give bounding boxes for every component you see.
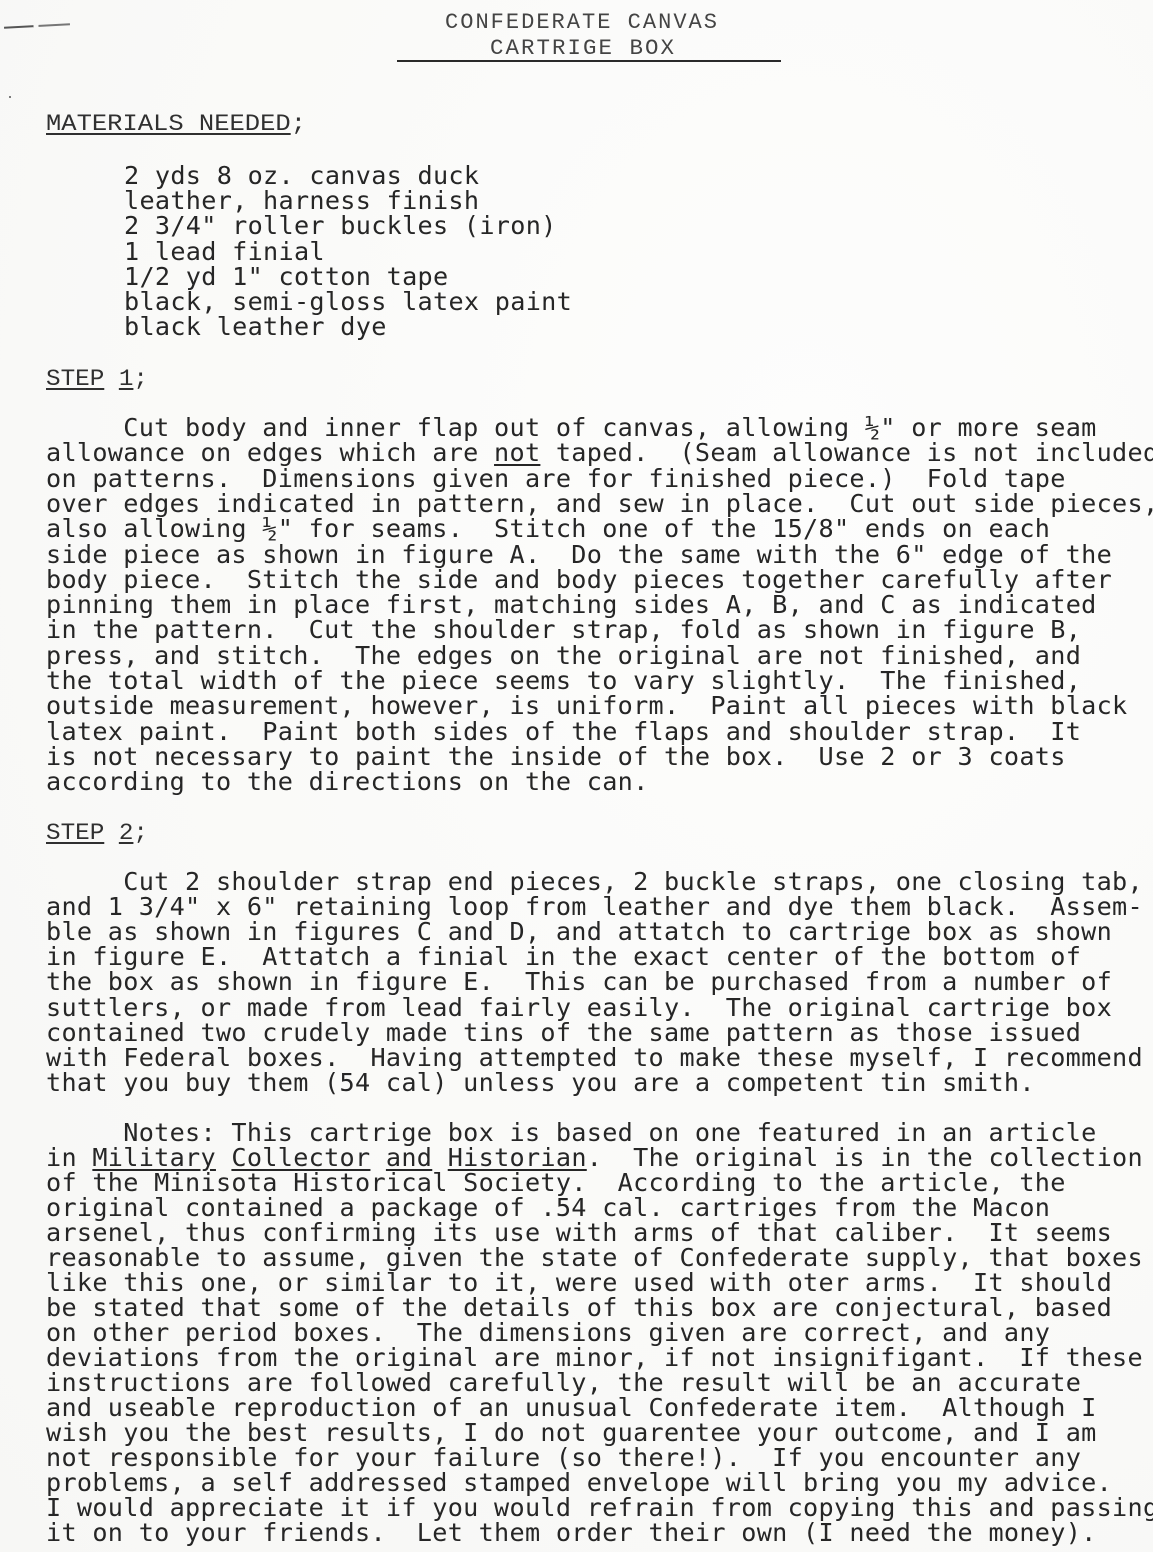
text-line: according to the directions on the can.	[46, 769, 649, 794]
step1-heading-suffix: ;	[133, 366, 148, 392]
text-line: leather, harness finish	[124, 188, 479, 213]
step1-heading-number: 1	[119, 366, 134, 392]
text-line: I would appreciate it if you would refra…	[46, 1495, 1153, 1520]
text-line: in the pattern. Cut the shoulder strap, …	[46, 617, 1081, 642]
text-line: original contained a package of .54 cal.…	[46, 1195, 1050, 1220]
materials-heading: MATERIALS NEEDED;	[46, 113, 306, 136]
text-line: also allowing ½" for seams. Stitch one o…	[46, 516, 1050, 541]
text-line: deviations from the original are minor, …	[46, 1345, 1143, 1370]
speck	[9, 96, 11, 98]
text-line: problems, a self addressed stamped envel…	[46, 1470, 1112, 1495]
text-line: the total width of the piece seems to va…	[46, 668, 1081, 693]
text-line: black, semi-gloss latex paint	[124, 289, 572, 314]
text-line: allowance on edges which are not taped. …	[46, 440, 1153, 465]
text-line: with Federal boxes. Having attempted to …	[46, 1045, 1143, 1070]
text-line: Notes: This cartrige box is based on one…	[46, 1120, 1097, 1145]
text-line: ble as shown in figures C and D, and att…	[46, 919, 1112, 944]
text-line: of the Minisota Historical Society. Acco…	[46, 1170, 1066, 1195]
text-line: black leather dye	[124, 314, 387, 339]
title-underline	[397, 60, 781, 62]
text-line: and useable reproduction of an unusual C…	[46, 1395, 1097, 1420]
text-line: pinning them in place first, matching si…	[46, 592, 1097, 617]
text-line: it on to your friends. Let them order th…	[46, 1520, 1097, 1545]
materials-heading-text: MATERIALS NEEDED	[46, 111, 291, 137]
text-line: latex paint. Paint both sides of the fla…	[46, 719, 1081, 744]
step1-heading-label: STEP	[46, 366, 104, 392]
text-line: not responsible for your failure (so the…	[46, 1445, 1081, 1470]
step2-heading-number: 2	[119, 820, 134, 846]
text-line: in figure E. Attatch a finial in the exa…	[46, 944, 1081, 969]
step1-heading: STEP 1;	[46, 368, 148, 391]
text-line: arsenel, thus confirming its use with ar…	[46, 1220, 1112, 1245]
text-line: is not necessary to paint the inside of …	[46, 744, 1066, 769]
text-line: 2 3/4" roller buckles (iron)	[124, 213, 557, 238]
text-line: wish you the best results, I do not guar…	[46, 1420, 1097, 1445]
text-line: side piece as shown in figure A. Do the …	[46, 542, 1112, 567]
text-line: on patterns. Dimensions given are for fi…	[46, 466, 1066, 491]
materials-heading-suffix: ;	[291, 111, 306, 137]
text-line: like this one, or similar to it, were us…	[46, 1270, 1112, 1295]
text-line: and 1 3/4" x 6" retaining loop from leat…	[46, 894, 1143, 919]
text-line: reasonable to assume, given the state of…	[46, 1245, 1143, 1270]
margin-pencil-mark	[4, 23, 70, 28]
text-line: 1/2 yd 1" cotton tape	[124, 264, 448, 289]
text-line: instructions are followed carefully, the…	[46, 1370, 1081, 1395]
title-line-2: CARTRIGE BOX	[490, 38, 676, 60]
text-line: Cut 2 shoulder strap end pieces, 2 buckl…	[46, 869, 1143, 894]
text-line: on other period boxes. The dimensions gi…	[46, 1320, 1050, 1345]
step2-heading: STEP 2;	[46, 822, 148, 845]
text-line: over edges indicated in pattern, and sew…	[46, 491, 1153, 516]
title-line-1: CONFEDERATE CANVAS	[445, 12, 719, 34]
text-line: that you buy them (54 cal) unless you ar…	[46, 1070, 1035, 1095]
text-line: be stated that some of the details of th…	[46, 1295, 1112, 1320]
text-line: body piece. Stitch the side and body pie…	[46, 567, 1112, 592]
step2-heading-suffix: ;	[133, 820, 148, 846]
text-line: contained two crudely made tins of the s…	[46, 1020, 1081, 1045]
text-line: 1 lead finial	[124, 239, 325, 264]
step2-heading-label: STEP	[46, 820, 104, 846]
text-line: suttlers, or made from lead fairly easil…	[46, 995, 1112, 1020]
text-line: press, and stitch. The edges on the orig…	[46, 643, 1081, 668]
text-line: in Military Collector and Historian. The…	[46, 1145, 1143, 1170]
text-line: 2 yds 8 oz. canvas duck	[124, 163, 479, 188]
text-line: Cut body and inner flap out of canvas, a…	[46, 415, 1097, 440]
document-page: CONFEDERATE CANVAS CARTRIGE BOX MATERIAL…	[0, 0, 1153, 1552]
text-line: the box as shown in figure E. This can b…	[46, 969, 1112, 994]
text-line: outside measurement, however, is uniform…	[46, 693, 1128, 718]
